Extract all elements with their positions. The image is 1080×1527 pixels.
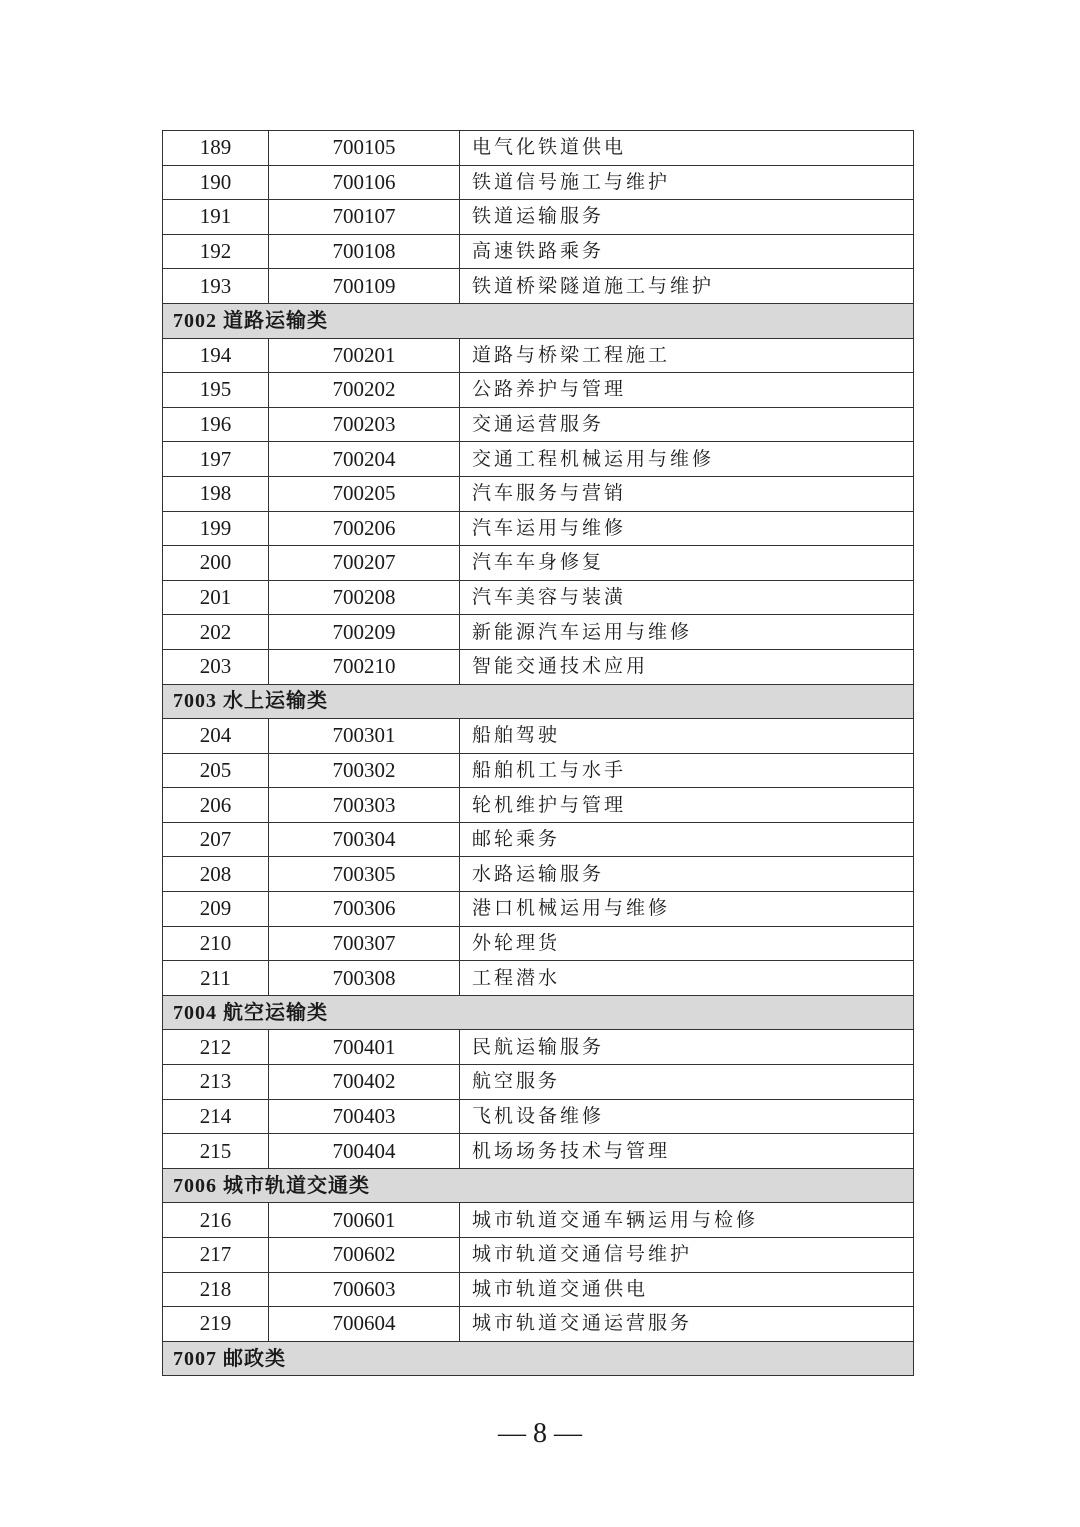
program-code: 700107 <box>269 200 460 235</box>
table-row: 206700303轮机维护与管理 <box>163 788 914 823</box>
row-index: 202 <box>163 615 269 650</box>
table-row: 202700209新能源汽车运用与维修 <box>163 615 914 650</box>
program-name: 水路运输服务 <box>460 857 914 892</box>
program-name: 城市轨道交通信号维护 <box>460 1238 914 1273</box>
table-row: 214700403飞机设备维修 <box>163 1099 914 1134</box>
program-table: 189700105电气化铁道供电190700106铁道信号施工与维护191700… <box>162 130 914 1376</box>
program-name: 飞机设备维修 <box>460 1099 914 1134</box>
program-code: 700604 <box>269 1307 460 1342</box>
table-row: 203700210智能交通技术应用 <box>163 649 914 684</box>
program-code: 700404 <box>269 1134 460 1169</box>
program-code: 700603 <box>269 1272 460 1307</box>
row-index: 197 <box>163 442 269 477</box>
program-code: 700202 <box>269 373 460 408</box>
table-row: 194700201道路与桥梁工程施工 <box>163 338 914 373</box>
program-code: 700308 <box>269 961 460 996</box>
program-code: 700401 <box>269 1030 460 1065</box>
row-index: 204 <box>163 719 269 754</box>
row-index: 215 <box>163 1134 269 1169</box>
program-code: 700207 <box>269 546 460 581</box>
category-row: 7002 道路运输类 <box>163 303 914 338</box>
table-row: 196700203交通运营服务 <box>163 407 914 442</box>
table-row: 208700305水路运输服务 <box>163 857 914 892</box>
program-code: 700402 <box>269 1065 460 1100</box>
program-name: 船舶驾驶 <box>460 719 914 754</box>
program-code: 700203 <box>269 407 460 442</box>
category-row: 7003 水上运输类 <box>163 684 914 719</box>
table-row: 197700204交通工程机械运用与维修 <box>163 442 914 477</box>
row-index: 207 <box>163 822 269 857</box>
program-name: 电气化铁道供电 <box>460 131 914 166</box>
program-name: 城市轨道交通运营服务 <box>460 1307 914 1342</box>
table-row: 212700401民航运输服务 <box>163 1030 914 1065</box>
category-label: 7004 航空运输类 <box>163 995 914 1030</box>
category-row: 7004 航空运输类 <box>163 995 914 1030</box>
program-code: 700204 <box>269 442 460 477</box>
program-name: 铁道运输服务 <box>460 200 914 235</box>
row-index: 216 <box>163 1203 269 1238</box>
row-index: 214 <box>163 1099 269 1134</box>
row-index: 218 <box>163 1272 269 1307</box>
program-name: 新能源汽车运用与维修 <box>460 615 914 650</box>
program-name: 港口机械运用与维修 <box>460 892 914 927</box>
table-row: 209700306港口机械运用与维修 <box>163 892 914 927</box>
program-code: 700301 <box>269 719 460 754</box>
category-row: 7007 邮政类 <box>163 1341 914 1376</box>
program-name: 铁道信号施工与维护 <box>460 165 914 200</box>
table-row: 201700208汽车美容与装潢 <box>163 580 914 615</box>
table-row: 207700304邮轮乘务 <box>163 822 914 857</box>
row-index: 208 <box>163 857 269 892</box>
row-index: 211 <box>163 961 269 996</box>
row-index: 191 <box>163 200 269 235</box>
table-row: 215700404机场场务技术与管理 <box>163 1134 914 1169</box>
program-name: 汽车车身修复 <box>460 546 914 581</box>
program-name: 道路与桥梁工程施工 <box>460 338 914 373</box>
program-code: 700602 <box>269 1238 460 1273</box>
program-code: 700403 <box>269 1099 460 1134</box>
table-row: 189700105电气化铁道供电 <box>163 131 914 166</box>
program-name: 智能交通技术应用 <box>460 649 914 684</box>
table-row: 191700107铁道运输服务 <box>163 200 914 235</box>
table-row: 210700307外轮理货 <box>163 926 914 961</box>
row-index: 209 <box>163 892 269 927</box>
program-name: 邮轮乘务 <box>460 822 914 857</box>
row-index: 192 <box>163 234 269 269</box>
table-row: 211700308工程潜水 <box>163 961 914 996</box>
program-name: 外轮理货 <box>460 926 914 961</box>
program-code: 700306 <box>269 892 460 927</box>
program-name: 城市轨道交通供电 <box>460 1272 914 1307</box>
program-name: 船舶机工与水手 <box>460 753 914 788</box>
program-name: 交通运营服务 <box>460 407 914 442</box>
program-name: 轮机维护与管理 <box>460 788 914 823</box>
program-code: 700106 <box>269 165 460 200</box>
program-name: 铁道桥梁隧道施工与维护 <box>460 269 914 304</box>
row-index: 196 <box>163 407 269 442</box>
row-index: 206 <box>163 788 269 823</box>
program-code: 700109 <box>269 269 460 304</box>
page-number: — 8 — <box>0 1418 1080 1450</box>
table-row: 219700604城市轨道交通运营服务 <box>163 1307 914 1342</box>
program-name: 公路养护与管理 <box>460 373 914 408</box>
program-code: 700105 <box>269 131 460 166</box>
table-row: 205700302船舶机工与水手 <box>163 753 914 788</box>
program-code: 700206 <box>269 511 460 546</box>
row-index: 203 <box>163 649 269 684</box>
row-index: 193 <box>163 269 269 304</box>
row-index: 200 <box>163 546 269 581</box>
program-name: 汽车服务与营销 <box>460 476 914 511</box>
program-code: 700304 <box>269 822 460 857</box>
row-index: 205 <box>163 753 269 788</box>
program-code: 700108 <box>269 234 460 269</box>
row-index: 201 <box>163 580 269 615</box>
row-index: 219 <box>163 1307 269 1342</box>
table-row: 193700109铁道桥梁隧道施工与维护 <box>163 269 914 304</box>
program-code: 700209 <box>269 615 460 650</box>
category-row: 7006 城市轨道交通类 <box>163 1168 914 1203</box>
row-index: 212 <box>163 1030 269 1065</box>
program-code: 700305 <box>269 857 460 892</box>
table-row: 195700202公路养护与管理 <box>163 373 914 408</box>
row-index: 190 <box>163 165 269 200</box>
program-name: 汽车美容与装潢 <box>460 580 914 615</box>
program-name: 汽车运用与维修 <box>460 511 914 546</box>
row-index: 213 <box>163 1065 269 1100</box>
table-row: 213700402航空服务 <box>163 1065 914 1100</box>
table-row: 200700207汽车车身修复 <box>163 546 914 581</box>
category-label: 7002 道路运输类 <box>163 303 914 338</box>
program-code: 700303 <box>269 788 460 823</box>
program-code: 700302 <box>269 753 460 788</box>
table-row: 192700108高速铁路乘务 <box>163 234 914 269</box>
row-index: 210 <box>163 926 269 961</box>
program-code: 700601 <box>269 1203 460 1238</box>
row-index: 199 <box>163 511 269 546</box>
program-code: 700208 <box>269 580 460 615</box>
program-name: 高速铁路乘务 <box>460 234 914 269</box>
table-row: 204700301船舶驾驶 <box>163 719 914 754</box>
program-code: 700210 <box>269 649 460 684</box>
row-index: 189 <box>163 131 269 166</box>
table-row: 216700601城市轨道交通车辆运用与检修 <box>163 1203 914 1238</box>
category-label: 7006 城市轨道交通类 <box>163 1168 914 1203</box>
program-name: 航空服务 <box>460 1065 914 1100</box>
program-code: 700205 <box>269 476 460 511</box>
program-table-body: 189700105电气化铁道供电190700106铁道信号施工与维护191700… <box>163 131 914 1376</box>
table-row: 198700205汽车服务与营销 <box>163 476 914 511</box>
table-row: 199700206汽车运用与维修 <box>163 511 914 546</box>
program-name: 交通工程机械运用与维修 <box>460 442 914 477</box>
table-row: 217700602城市轨道交通信号维护 <box>163 1238 914 1273</box>
program-name: 城市轨道交通车辆运用与检修 <box>460 1203 914 1238</box>
table-row: 190700106铁道信号施工与维护 <box>163 165 914 200</box>
program-code: 700201 <box>269 338 460 373</box>
table-row: 218700603城市轨道交通供电 <box>163 1272 914 1307</box>
row-index: 194 <box>163 338 269 373</box>
category-label: 7007 邮政类 <box>163 1341 914 1376</box>
row-index: 198 <box>163 476 269 511</box>
category-label: 7003 水上运输类 <box>163 684 914 719</box>
program-name: 民航运输服务 <box>460 1030 914 1065</box>
program-name: 机场场务技术与管理 <box>460 1134 914 1169</box>
program-name: 工程潜水 <box>460 961 914 996</box>
row-index: 195 <box>163 373 269 408</box>
program-code: 700307 <box>269 926 460 961</box>
row-index: 217 <box>163 1238 269 1273</box>
